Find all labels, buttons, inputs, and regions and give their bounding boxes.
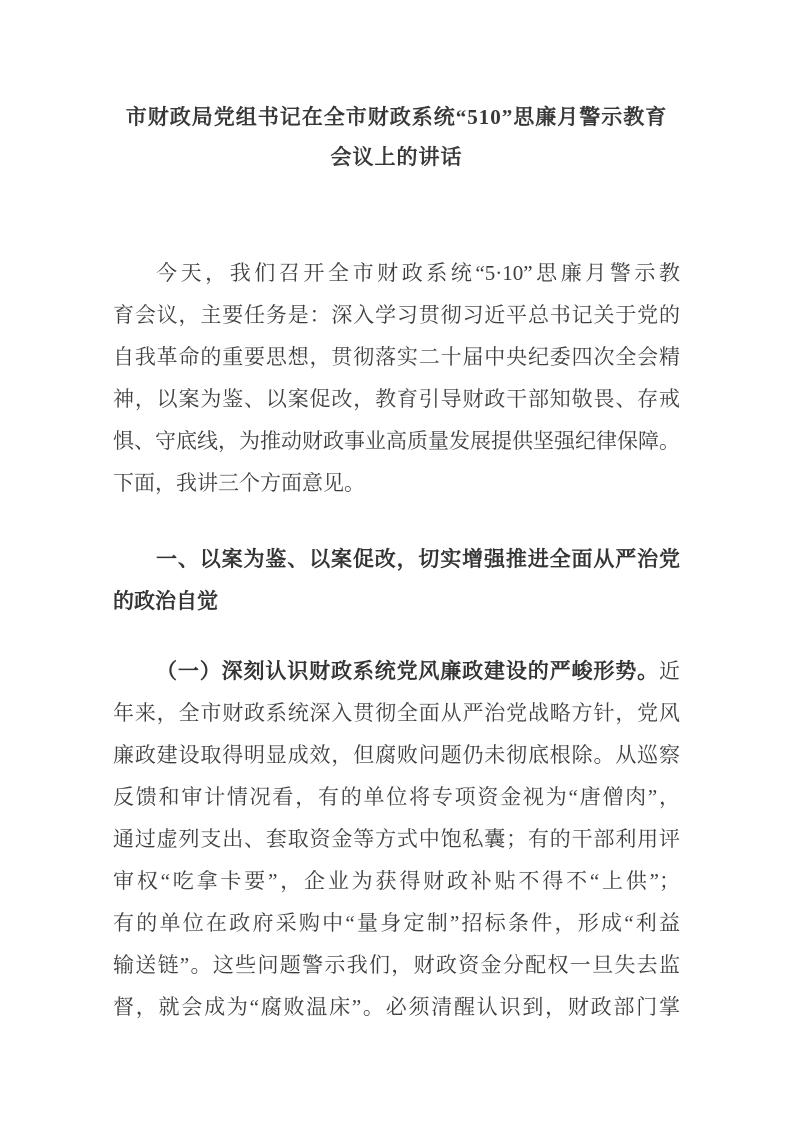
intro-paragraph: 今天，我们召开全市财政系统“5·10”思廉月警示教 育会议，主要任务是：深入学习… bbox=[113, 252, 680, 504]
document-page: 市财政局党组书记在全市财政系统“510”思廉月警示教育 会议上的讲话 今天，我们… bbox=[0, 0, 793, 1122]
text-line: 审权“吃拿卡要”，企业为获得财政补贴不得不“上供”； bbox=[113, 860, 680, 902]
text-line: 神，以案为鉴、以案促改，教育引导财政干部知敬畏、存戒 bbox=[113, 378, 680, 420]
text-line: 反馈和审计情况看，有的单位将专项资金视为“唐僧肉”， bbox=[113, 776, 680, 818]
text-line: 廉政建设取得明显成效，但腐败问题仍未彻底根除。从巡察 bbox=[113, 734, 680, 776]
text-line: 输送链”。这些问题警示我们，财政资金分配权一旦失去监 bbox=[113, 944, 680, 986]
text-line: （一）深刻认识财政系统党风廉政建设的严峻形势。近 bbox=[113, 650, 680, 692]
text-line: 今天，我们召开全市财政系统“5·10”思廉月警示教 bbox=[113, 252, 680, 294]
text-line: 惧、守底线，为推动财政事业高质量发展提供坚强纪律保障。 bbox=[113, 420, 680, 462]
text-line: 通过虚列支出、套取资金等方式中饱私囊；有的干部利用评 bbox=[113, 818, 680, 860]
text-line: 下面，我讲三个方面意见。 bbox=[113, 462, 680, 504]
heading-line: 的政治自觉 bbox=[113, 580, 680, 622]
subsection-lead-bold: （一）深刻认识财政系统党风廉政建设的严峻形势。 bbox=[156, 659, 659, 683]
subsection-paragraph: （一）深刻认识财政系统党风廉政建设的严峻形势。近 年来，全市财政系统深入贯彻全面… bbox=[113, 650, 680, 1028]
document-title-line-2: 会议上的讲话 bbox=[113, 137, 680, 177]
text-line: 督，就会成为“腐败温床”。必须清醒认识到，财政部门掌 bbox=[113, 986, 680, 1028]
text-line: 有的单位在政府采购中“量身定制”招标条件，形成“利益 bbox=[113, 902, 680, 944]
document-content: 市财政局党组书记在全市财政系统“510”思廉月警示教育 会议上的讲话 今天，我们… bbox=[113, 97, 680, 1028]
subsection-lead-rest: 近 bbox=[659, 659, 680, 683]
document-title: 市财政局党组书记在全市财政系统“510”思廉月警示教育 会议上的讲话 bbox=[113, 97, 680, 177]
text-line: 自我革命的重要思想，贯彻落实二十届中央纪委四次全会精 bbox=[113, 336, 680, 378]
text-line: 年来，全市财政系统深入贯彻全面从严治党战略方针，党风 bbox=[113, 692, 680, 734]
section-heading: 一、以案为鉴、以案促改，切实增强推进全面从严治党 的政治自觉 bbox=[113, 538, 680, 622]
document-title-line-1: 市财政局党组书记在全市财政系统“510”思廉月警示教育 bbox=[113, 97, 680, 137]
text-line: 育会议，主要任务是：深入学习贯彻习近平总书记关于党的 bbox=[113, 294, 680, 336]
heading-line: 一、以案为鉴、以案促改，切实增强推进全面从严治党 bbox=[113, 538, 680, 580]
